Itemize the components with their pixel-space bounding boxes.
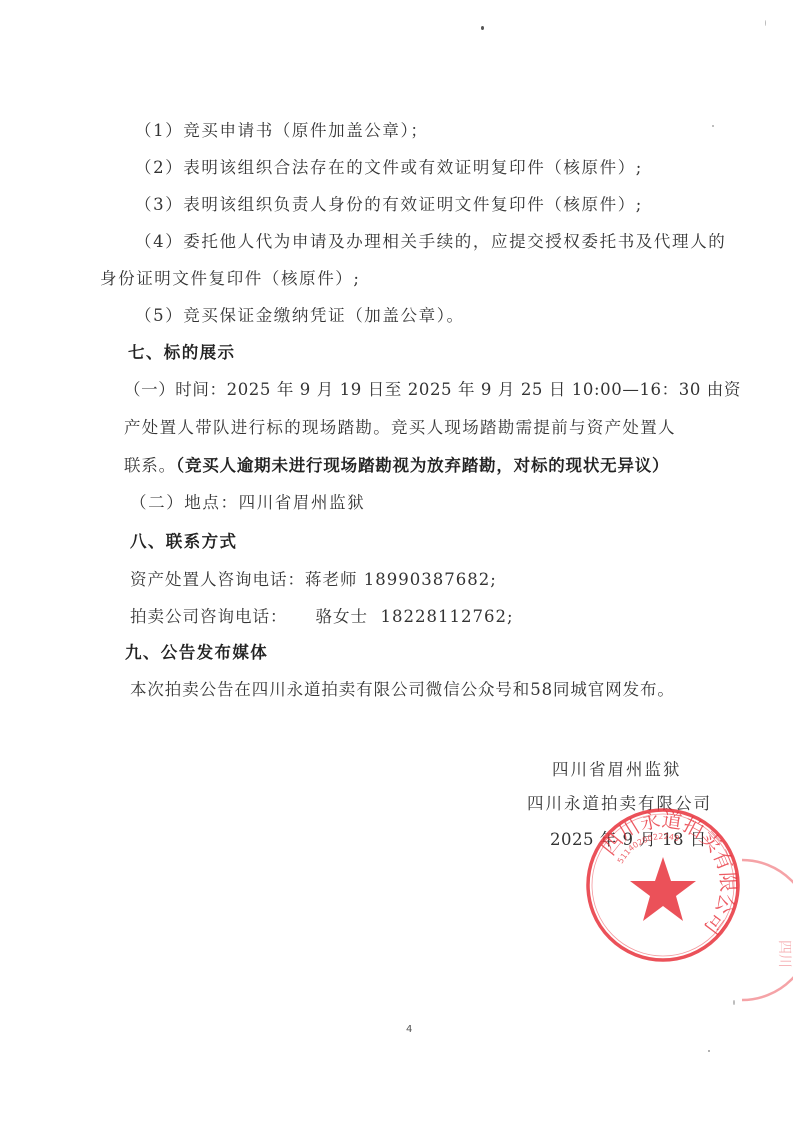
- seal-text: 四川永道拍卖有限公司: [597, 807, 741, 939]
- section-8-heading: 八、联系方式: [130, 532, 237, 552]
- partial-seal-icon: 四川: [742, 855, 793, 1005]
- scan-speck: [712, 125, 714, 127]
- contact-auction-value: 骆女士 18228112762;: [316, 607, 514, 626]
- signature-org-prison: 四川省眉州监狱: [552, 756, 682, 780]
- contact-asset-disposer: 资产处置人咨询电话：蒋老师 18990387682;: [130, 570, 497, 590]
- requirement-5: （5）竞买保证金缴纳凭证（加盖公章）。: [135, 306, 465, 326]
- scan-speck: [765, 20, 766, 26]
- contact-auction-label: 拍卖公司咨询电话：: [130, 607, 288, 626]
- requirement-4-line1: （4）委托他人代为申请及办理相关手续的，应提交授权委托书及代理人的: [135, 232, 726, 252]
- requirement-1: （1）竞买申请书（原件加盖公章）；: [135, 121, 428, 141]
- document-page: （1）竞买申请书（原件加盖公章）； （2）表明该组织合法存在的文件或有效证明复印…: [0, 0, 793, 1122]
- requirement-4-line2: 身份证明文件复印件（核原件）;: [100, 269, 361, 289]
- scan-speck: [708, 1050, 710, 1052]
- contact-auction-company: 拍卖公司咨询电话：骆女士 18228112762;: [130, 607, 514, 627]
- svg-text:四川永道拍卖有限公司: 四川永道拍卖有限公司: [597, 807, 741, 939]
- section-7-contact-prefix: 联系。: [124, 456, 176, 475]
- scan-speck: [481, 26, 484, 30]
- section-7-notice-bold: （竞买人逾期未进行现场踏勘视为放弃踏勘，对标的现状无异议）: [176, 456, 669, 475]
- svg-text:四川: 四川: [776, 940, 792, 968]
- section-7-time-line2: 产处置人带队进行标的现场踏勘。竞买人现场踏勘需提前与资产处置人: [124, 418, 676, 438]
- requirement-3: （3）表明该组织负责人身份的有效证明文件复印件（核原件）;: [135, 195, 643, 215]
- scan-speck: [733, 1000, 735, 1005]
- section-7-time-line1: （一）时间：2025 年 9 月 19 日至 2025 年 9 月 25 日 1…: [124, 380, 741, 400]
- page-number: 4: [406, 1024, 412, 1035]
- section-7-location: （二）地点：四川省眉州监狱: [130, 493, 365, 513]
- section-9-body: 本次拍卖公告在四川永道拍卖有限公司微信公众号和58同城官网发布。: [130, 680, 675, 700]
- section-9-heading: 九、公告发布媒体: [125, 643, 268, 663]
- section-7-heading: 七、标的展示: [128, 343, 235, 363]
- requirement-2: （2）表明该组织合法存在的文件或有效证明复印件（核原件）;: [135, 158, 643, 178]
- section-7-time-line3: 联系。（竞买人逾期未进行现场踏勘视为放弃踏勘，对标的现状无异议）: [124, 456, 669, 476]
- company-seal-icon: 四川永道拍卖有限公司 5114020022249: [583, 805, 743, 965]
